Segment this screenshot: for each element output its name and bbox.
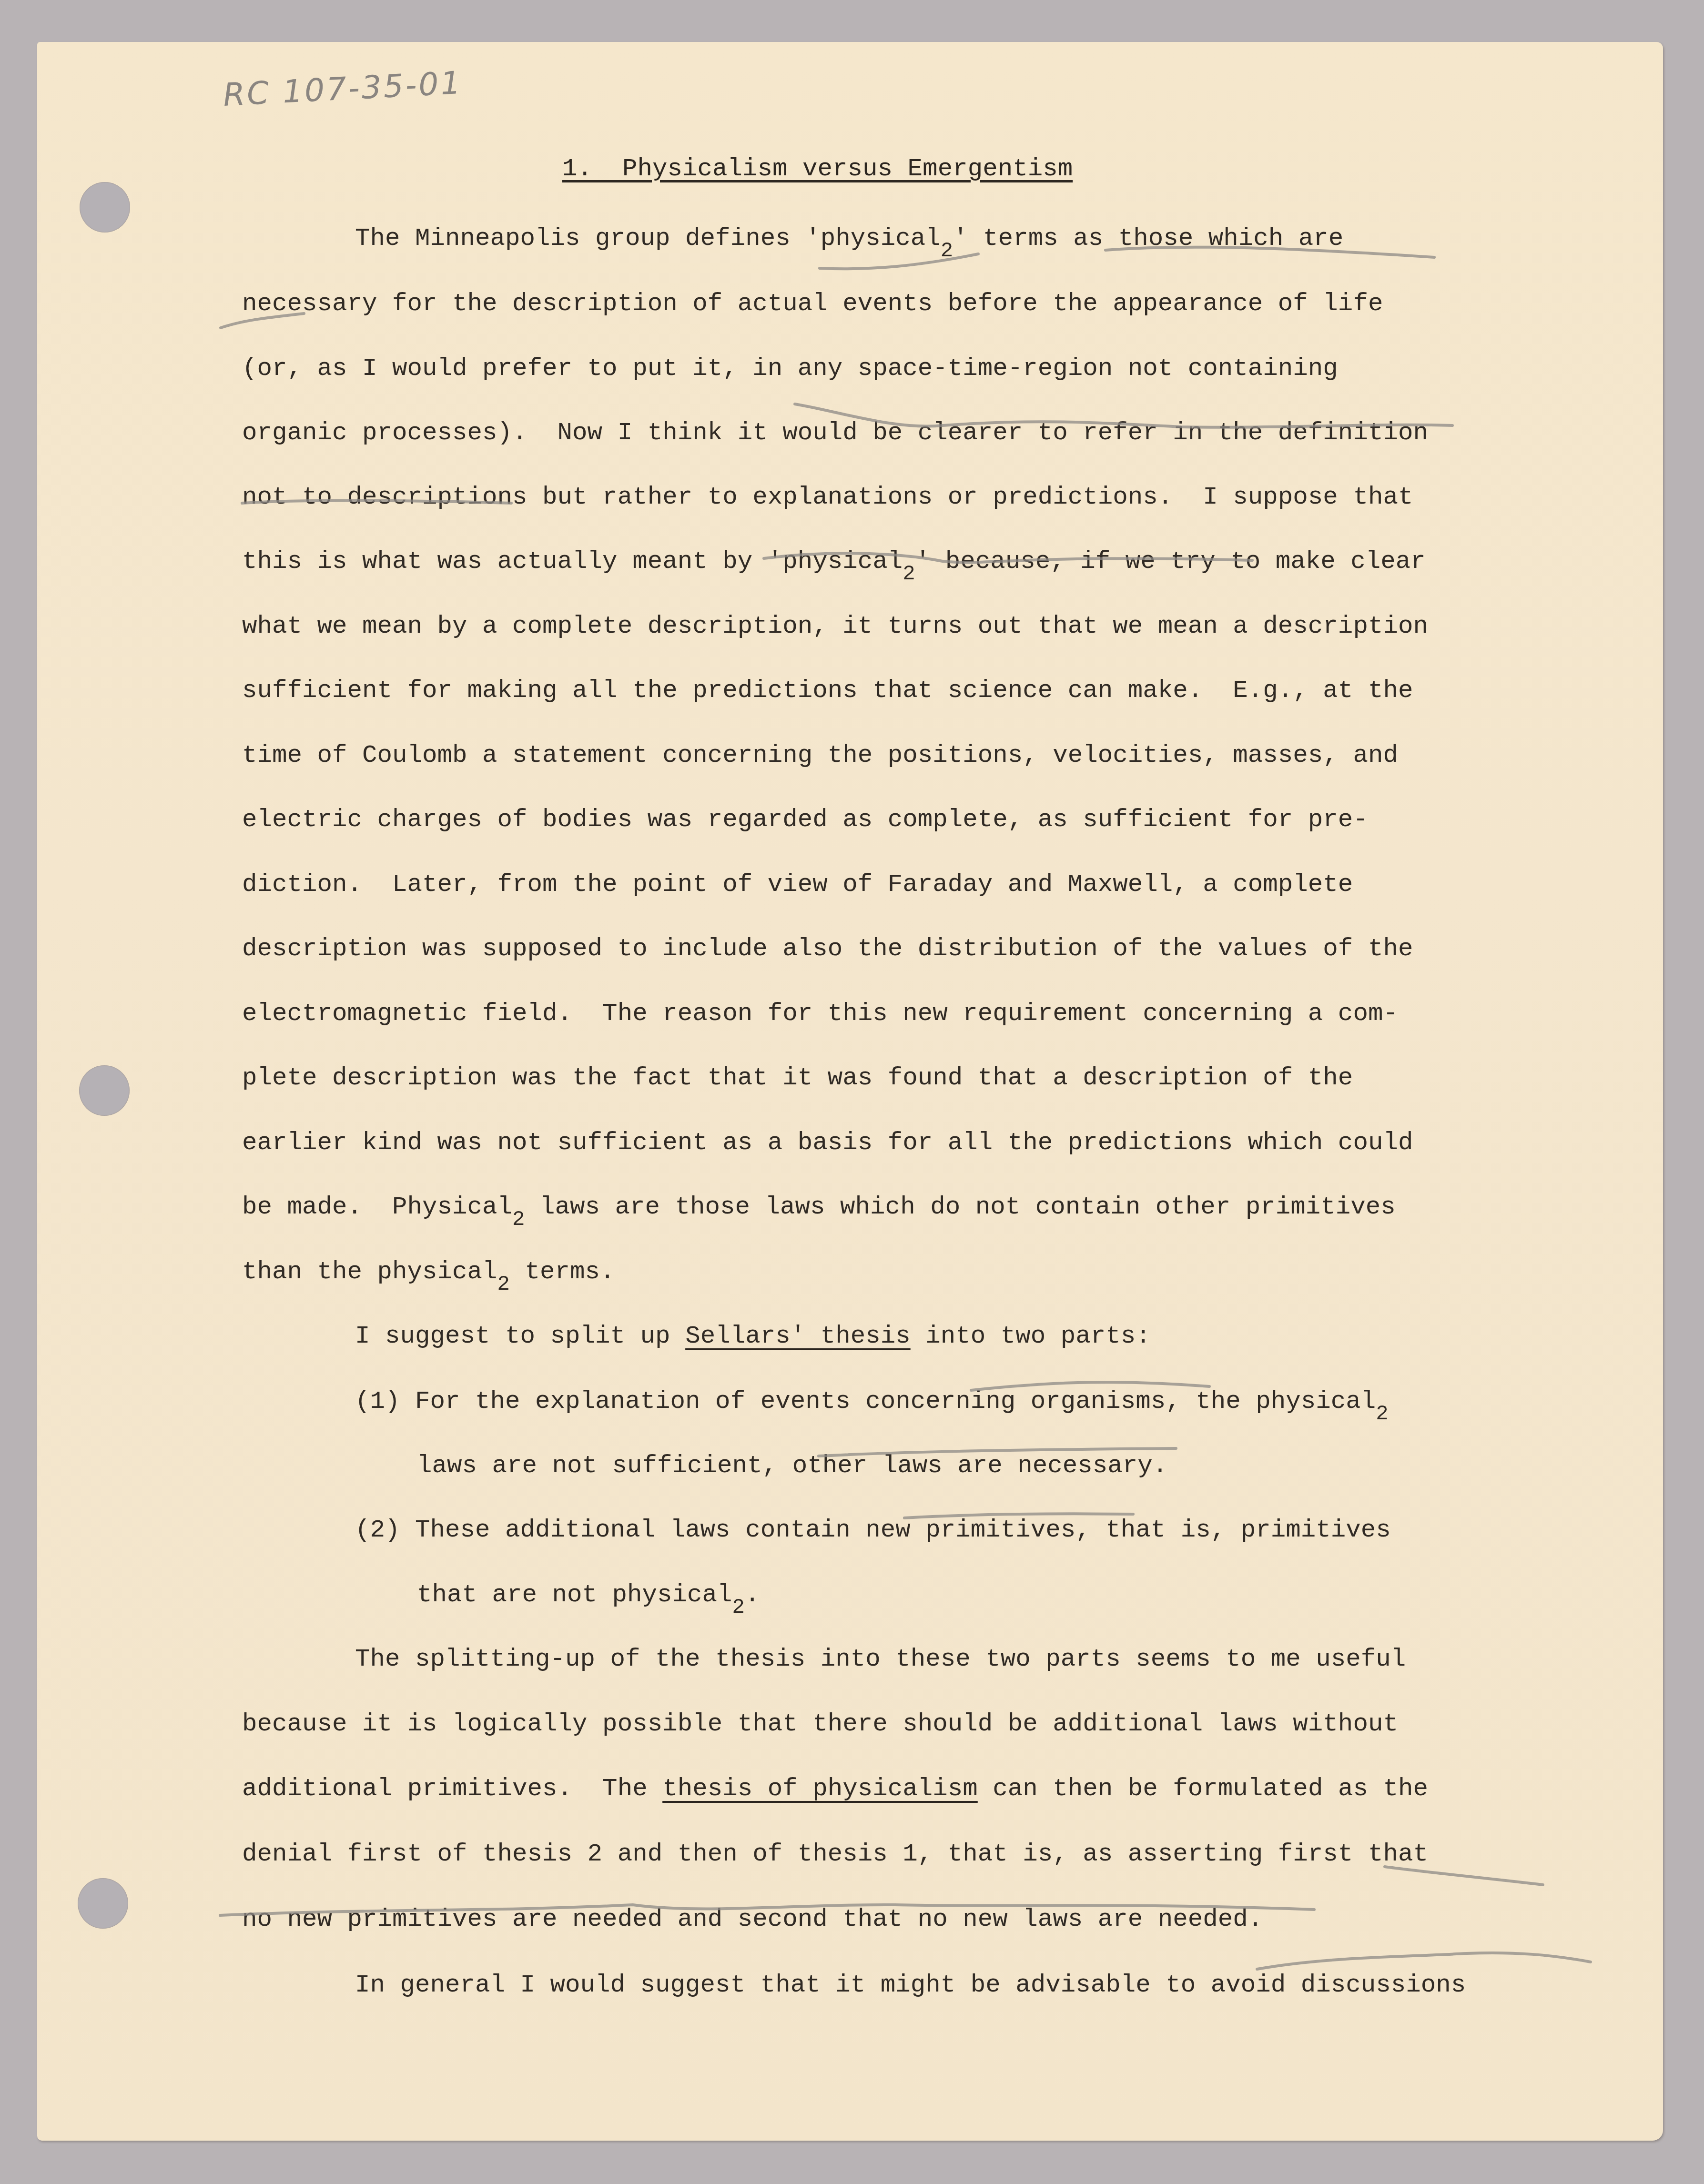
- text-line: denial first of thesis 2 and then of the…: [242, 1840, 1428, 1868]
- text-segment: what we mean by a complete description, …: [242, 612, 1428, 640]
- text-segment: diction. Later, from the point of view o…: [242, 870, 1353, 899]
- text-segment: that are not physical: [417, 1580, 732, 1609]
- punch-hole-top: [80, 182, 130, 233]
- text-segment: no new primitives are needed and second …: [242, 1905, 1263, 1933]
- text-segment: into two parts:: [911, 1322, 1151, 1350]
- text-segment: laws are not sufficient, other laws are …: [417, 1451, 1167, 1480]
- text-segment: The splitting-up of the thesis into thes…: [355, 1645, 1406, 1673]
- text-line: diction. Later, from the point of view o…: [242, 870, 1353, 899]
- text-segment: (2) These additional laws contain new pr…: [355, 1516, 1391, 1544]
- text-segment: electric charges of bodies was regarded …: [242, 805, 1368, 834]
- text-segment: this is what was actually meant by 'phys…: [242, 547, 903, 576]
- text-segment: ' because, if we try to make clear: [915, 547, 1426, 576]
- text-line: no new primitives are needed and second …: [242, 1905, 1263, 1933]
- text-line: electromagnetic field. The reason for th…: [242, 999, 1398, 1028]
- subscript: 2: [1376, 1402, 1388, 1426]
- text-segment: plete description was the fact that it w…: [242, 1063, 1353, 1092]
- text-line: because it is logically possible that th…: [242, 1709, 1398, 1738]
- subscript: 2: [512, 1208, 525, 1232]
- subscript: 2: [732, 1596, 745, 1619]
- text-line: (or, as I would prefer to put it, in any…: [242, 354, 1338, 383]
- subscript: 2: [497, 1273, 510, 1296]
- text-segment: denial first of thesis 2 and then of the…: [242, 1840, 1428, 1868]
- text-line: additional primitives. The thesis of phy…: [242, 1774, 1428, 1803]
- text-line: not to descriptions but rather to explan…: [242, 483, 1413, 511]
- subscript: 2: [903, 562, 915, 586]
- text-segment: because it is logically possible that th…: [242, 1709, 1398, 1738]
- text-segment: laws are those laws which do not contain…: [525, 1193, 1396, 1221]
- text-line: (2) These additional laws contain new pr…: [355, 1516, 1391, 1544]
- text-segment: (or, as I would prefer to put it, in any…: [242, 354, 1338, 383]
- section-heading: 1. Physicalism versus Emergentism: [562, 154, 1073, 183]
- text-line: In general I would suggest that it might…: [355, 1971, 1466, 1999]
- text-segment: electromagnetic field. The reason for th…: [242, 999, 1398, 1028]
- text-segment: ' terms as those which are: [953, 224, 1343, 253]
- archive-reference-mark: RC 107-35-01: [222, 64, 463, 113]
- text-segment: necessary for the description of actual …: [242, 289, 1383, 318]
- text-line: description was supposed to include also…: [242, 934, 1413, 963]
- text-segment: .: [745, 1580, 760, 1609]
- text-segment: not to descriptions but rather to explan…: [242, 483, 1413, 511]
- text-segment: organic processes). Now I think it would…: [242, 418, 1428, 447]
- text-segment: sufficient for making all the prediction…: [242, 676, 1413, 705]
- text-segment: terms.: [510, 1257, 615, 1286]
- typed-underline-text: thesis of physicalism: [662, 1774, 978, 1803]
- punch-hole-middle: [79, 1065, 130, 1116]
- text-segment: I suggest to split up: [355, 1322, 685, 1350]
- subscript: 2: [941, 239, 953, 263]
- text-line: that are not physical2.: [417, 1580, 760, 1610]
- text-line: plete description was the fact that it w…: [242, 1063, 1353, 1092]
- text-line: The Minneapolis group defines 'physical2…: [355, 224, 1343, 254]
- text-line: this is what was actually meant by 'phys…: [242, 547, 1426, 577]
- text-line: time of Coulomb a statement concerning t…: [242, 741, 1398, 769]
- pencil-underline: [1385, 1867, 1543, 1885]
- text-segment: than the physical: [242, 1257, 497, 1286]
- text-segment: description was supposed to include also…: [242, 934, 1413, 963]
- text-segment: can then be formulated as the: [978, 1774, 1428, 1803]
- text-line: laws are not sufficient, other laws are …: [417, 1451, 1167, 1480]
- text-line: organic processes). Now I think it would…: [242, 418, 1428, 447]
- text-line: electric charges of bodies was regarded …: [242, 805, 1368, 834]
- text-segment: In general I would suggest that it might…: [355, 1971, 1466, 1999]
- text-segment: additional primitives. The: [242, 1774, 662, 1803]
- text-line: than the physical2 terms.: [242, 1257, 615, 1287]
- text-segment: earlier kind was not sufficient as a bas…: [242, 1128, 1413, 1157]
- text-line: (1) For the explanation of events concer…: [355, 1387, 1389, 1417]
- text-line: what we mean by a complete description, …: [242, 612, 1428, 640]
- text-segment: (1) For the explanation of events concer…: [355, 1387, 1376, 1416]
- text-line: sufficient for making all the prediction…: [242, 676, 1413, 705]
- pencil-underline: [1257, 1953, 1591, 1969]
- text-line: I suggest to split up Sellars' thesis in…: [355, 1322, 1151, 1350]
- punch-hole-bottom: [78, 1878, 128, 1929]
- text-line: be made. Physical2 laws are those laws w…: [242, 1193, 1396, 1223]
- text-line: earlier kind was not sufficient as a bas…: [242, 1128, 1413, 1157]
- text-line: necessary for the description of actual …: [242, 289, 1383, 318]
- text-segment: time of Coulomb a statement concerning t…: [242, 741, 1398, 769]
- text-segment: be made. Physical: [242, 1193, 512, 1221]
- text-line: The splitting-up of the thesis into thes…: [355, 1645, 1406, 1673]
- typed-underline-text: Sellars' thesis: [685, 1322, 911, 1350]
- pencil-underline: [820, 254, 978, 269]
- document-page: RC 107-35-01 1. Physicalism versus Emerg…: [37, 42, 1663, 2141]
- text-segment: The Minneapolis group defines 'physical: [355, 224, 941, 253]
